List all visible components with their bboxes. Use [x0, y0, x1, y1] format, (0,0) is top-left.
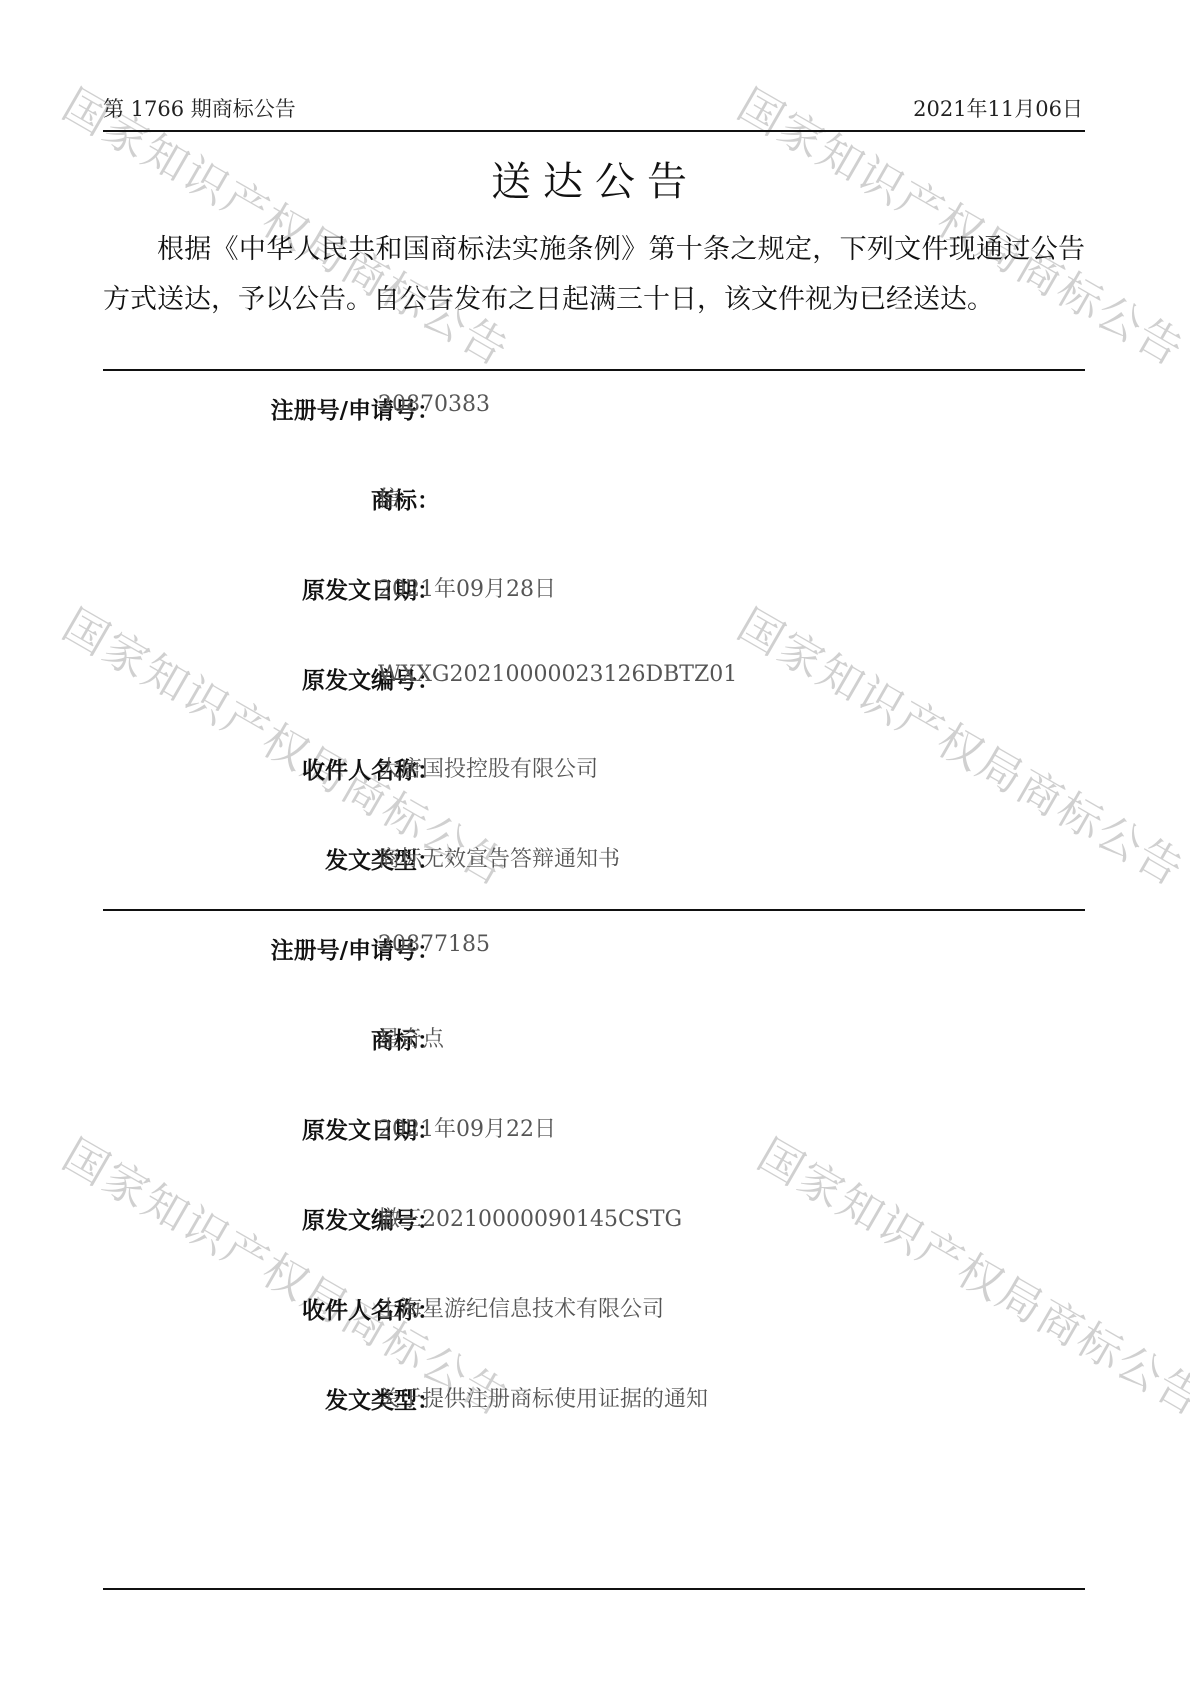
value-orig-date: 2021年09月22日 — [378, 1112, 556, 1143]
divider — [103, 369, 1085, 371]
value-doc-type: 商标无效宣告答辩通知书 — [378, 842, 620, 873]
record-field: 商标： 信 — [103, 482, 1085, 522]
value-reg-no: 20877185 — [378, 932, 490, 957]
divider — [103, 909, 1085, 911]
record-field: 发文类型： 商标无效宣告答辩通知书 — [103, 842, 1085, 882]
value-orig-no: WXXG20210000023126DBTZ01 — [378, 662, 737, 687]
intro-paragraph: 根据《中华人民共和国商标法实施条例》第十条之规定，下列文件现通过公告方式送达，予… — [103, 225, 1085, 325]
value-orig-date: 2021年09月28日 — [378, 572, 556, 603]
issue-number: 第 1766 期商标公告 — [103, 93, 296, 123]
value-mark: 信 — [378, 482, 400, 513]
value-orig-no: 撤三20210000090145CSTG — [378, 1202, 682, 1233]
footer-rule — [103, 1588, 1085, 1590]
record-field: 原发文编号： WXXG20210000023126DBTZ01 — [103, 662, 1085, 702]
header-rule — [103, 130, 1085, 132]
value-doc-type: 关于提供注册商标使用证据的通知 — [378, 1382, 708, 1413]
publish-date: 2021年11月06日 — [913, 93, 1083, 123]
record-field: 收件人名称： 大唐国投控股有限公司 — [103, 752, 1085, 792]
record-field: 注册号/申请号： 20870383 — [103, 392, 1085, 432]
page-title: 送达公告 — [0, 150, 1190, 207]
value-mark: 星奇点 — [378, 1022, 444, 1053]
record-field: 原发文编号： 撤三20210000090145CSTG — [103, 1202, 1085, 1242]
value-recipient: 大唐国投控股有限公司 — [378, 752, 598, 783]
record-field: 商标： 星奇点 — [103, 1022, 1085, 1062]
record-field: 注册号/申请号： 20877185 — [103, 932, 1085, 972]
record-field: 原发文日期： 2021年09月22日 — [103, 1112, 1085, 1152]
record-field: 原发文日期： 2021年09月28日 — [103, 572, 1085, 612]
record-field: 发文类型： 关于提供注册商标使用证据的通知 — [103, 1382, 1085, 1422]
value-reg-no: 20870383 — [378, 392, 490, 417]
record-field: 收件人名称： 上海星游纪信息技术有限公司 — [103, 1292, 1085, 1332]
value-recipient: 上海星游纪信息技术有限公司 — [378, 1292, 664, 1323]
